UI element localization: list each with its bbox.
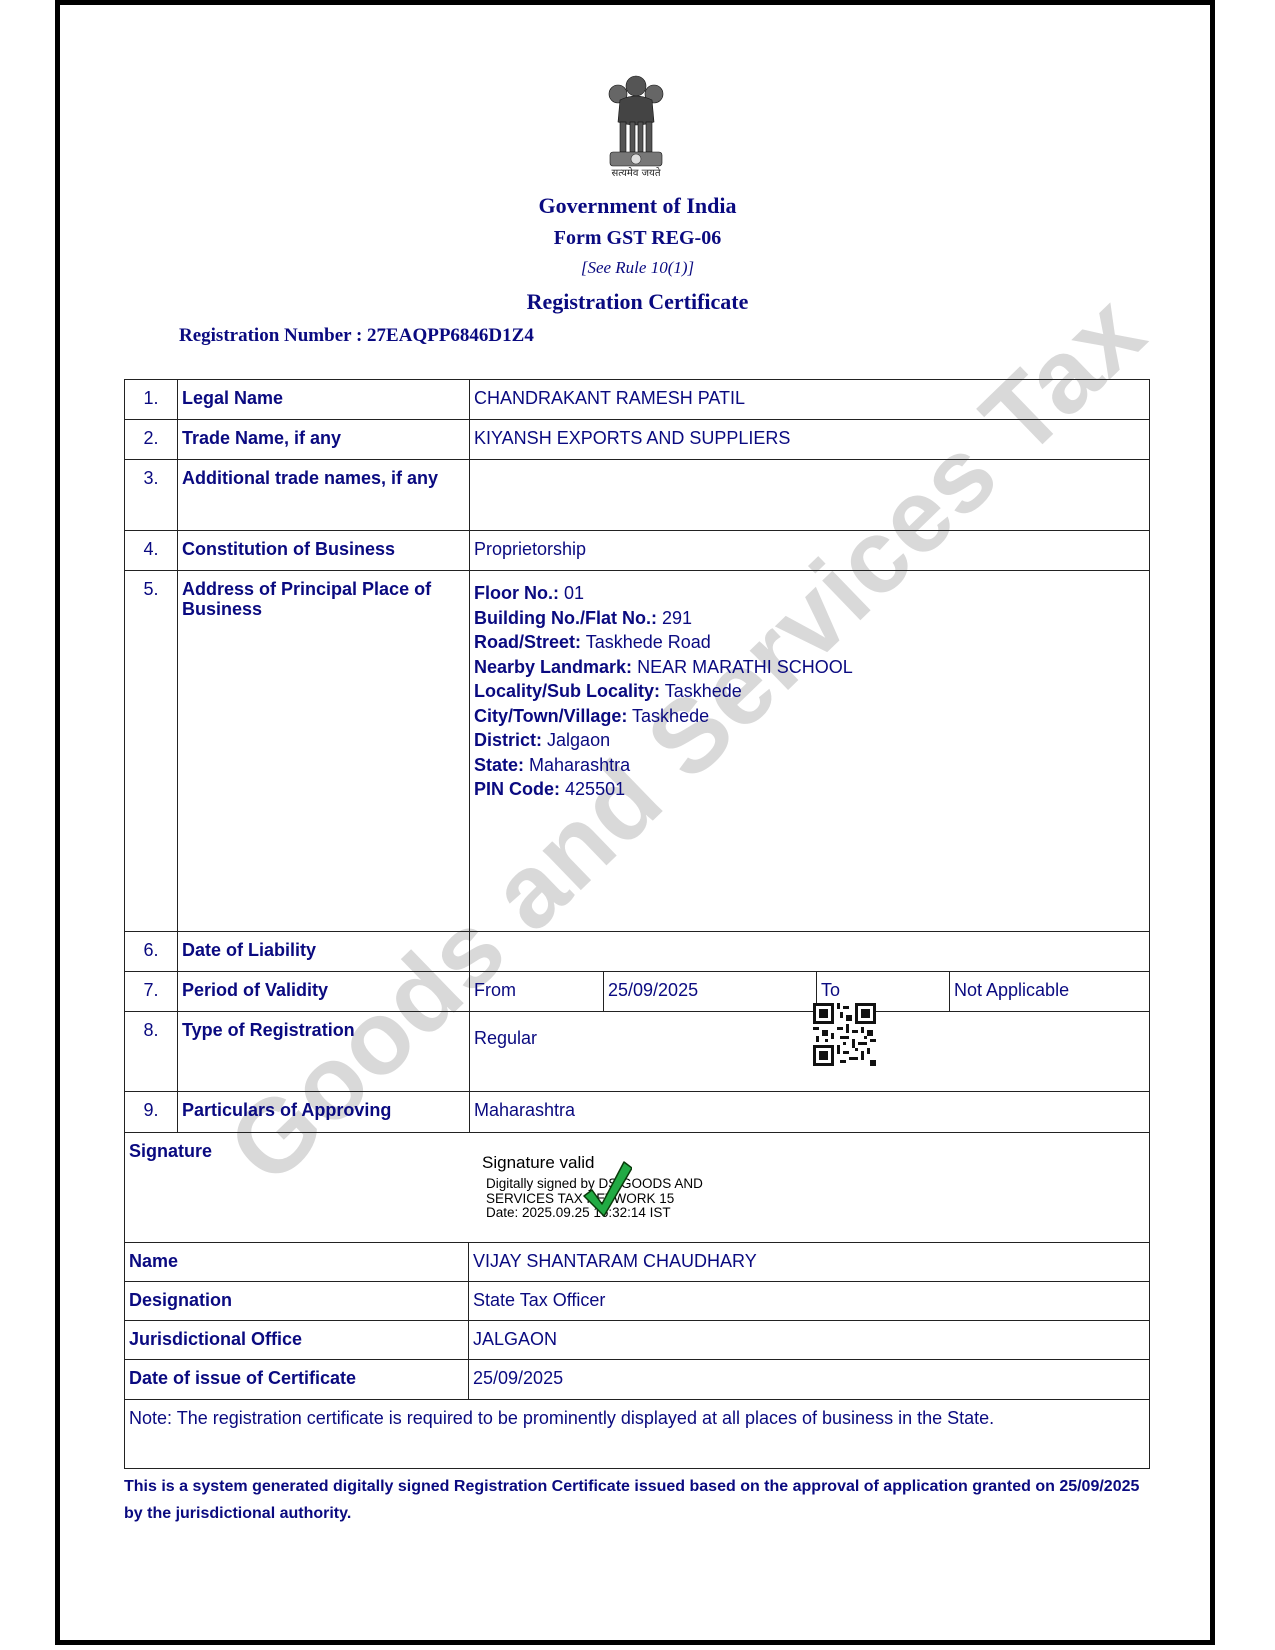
address-line: PIN Code: 425501 xyxy=(474,777,1145,802)
address-line: Nearby Landmark: NEAR MARATHI SCHOOL xyxy=(474,655,1145,680)
qr-code-icon xyxy=(813,1003,876,1066)
issue-date-value: 25/09/2025 xyxy=(469,1360,1150,1400)
address-key: Locality/Sub Locality: xyxy=(474,681,660,701)
form-number: Form GST REG-06 xyxy=(0,227,1275,250)
row-label: Legal Name xyxy=(178,380,470,420)
address-key: Road/Street: xyxy=(474,632,581,652)
address-value-text: Jalgaon xyxy=(547,730,610,750)
validity-from-label: From xyxy=(470,972,604,1012)
jurisdictional-office-label: Jurisdictional Office xyxy=(125,1321,469,1360)
address-key: Nearby Landmark: xyxy=(474,657,632,677)
address-value-text: Maharashtra xyxy=(529,755,630,775)
table-row: Date of issue of Certificate 25/09/2025 xyxy=(125,1360,1150,1400)
row-label: Trade Name, if any xyxy=(178,420,470,460)
table-row: 1. Legal Name CHANDRAKANT RAMESH PATIL xyxy=(125,380,1150,420)
row-number: 3. xyxy=(125,460,178,531)
address-value-text: Taskhede xyxy=(632,706,709,726)
address-key: Building No./Flat No.: xyxy=(474,608,657,628)
address-key: City/Town/Village: xyxy=(474,706,627,726)
checkmark-icon xyxy=(582,1158,632,1218)
address-line: Building No./Flat No.: 291 xyxy=(474,606,1145,631)
page-title: Registration Certificate xyxy=(0,289,1275,315)
address-value-text: 425501 xyxy=(565,779,625,799)
row-number: 9. xyxy=(125,1092,178,1133)
address-key: PIN Code: xyxy=(474,779,560,799)
address-line: Floor No.: 01 xyxy=(474,581,1145,606)
row-label: Type of Registration xyxy=(178,1012,470,1092)
row-label: Particulars of Approving xyxy=(178,1092,470,1133)
date-of-liability-value xyxy=(470,932,1150,972)
additional-trade-names-value xyxy=(470,460,1150,531)
row-number: 6. xyxy=(125,932,178,972)
registration-number-label: Registration Number : xyxy=(179,325,362,346)
row-number: 1. xyxy=(125,380,178,420)
national-emblem-icon xyxy=(600,70,672,180)
constitution-value: Proprietorship xyxy=(470,531,1150,571)
table-row: 6. Date of Liability xyxy=(125,932,1150,972)
table-row: Designation State Tax Officer xyxy=(125,1282,1150,1321)
address-value: Floor No.: 01 Building No./Flat No.: 291… xyxy=(470,571,1150,932)
address-key: State: xyxy=(474,755,524,775)
trade-name-value: KIYANSH EXPORTS AND SUPPLIERS xyxy=(470,420,1150,460)
row-label: Period of Validity xyxy=(178,972,470,1012)
address-value-text: NEAR MARATHI SCHOOL xyxy=(637,657,853,677)
designation-label: Designation xyxy=(125,1282,469,1321)
issue-date-label: Date of issue of Certificate xyxy=(125,1360,469,1400)
table-row: 3. Additional trade names, if any xyxy=(125,460,1150,531)
note-row: Note: The registration certificate is re… xyxy=(125,1400,1150,1469)
row-number: 8. xyxy=(125,1012,178,1092)
address-value-text: Taskhede Road xyxy=(586,632,711,652)
validity-to-date: Not Applicable xyxy=(950,972,1150,1012)
table-row: 9. Particulars of Approving Maharashtra xyxy=(125,1092,1150,1133)
approving-authority-value: Maharashtra xyxy=(470,1092,1150,1133)
row-number: 4. xyxy=(125,531,178,571)
row-number: 5. xyxy=(125,571,178,932)
address-line: City/Town/Village: Taskhede xyxy=(474,704,1145,729)
validity-from-date: 25/09/2025 xyxy=(604,972,817,1012)
address-line: Locality/Sub Locality: Taskhede xyxy=(474,679,1145,704)
table-row: 4. Constitution of Business Proprietorsh… xyxy=(125,531,1150,571)
designation-value: State Tax Officer xyxy=(469,1282,1150,1321)
address-line: District: Jalgaon xyxy=(474,728,1145,753)
registration-number-value: 27EAQPP6846D1Z4 xyxy=(367,325,534,346)
table-row: 5. Address of Principal Place of Busines… xyxy=(125,571,1150,932)
row-label: Additional trade names, if any xyxy=(178,460,470,531)
row-number: 7. xyxy=(125,972,178,1012)
table-row: Jurisdictional Office JALGAON xyxy=(125,1321,1150,1360)
address-key: District: xyxy=(474,730,542,750)
row-label: Date of Liability xyxy=(178,932,470,972)
table-row: 2. Trade Name, if any KIYANSH EXPORTS AN… xyxy=(125,420,1150,460)
address-key: Floor No.: xyxy=(474,583,559,603)
display-note: Note: The registration certificate is re… xyxy=(125,1400,1150,1469)
table-row: Name VIJAY SHANTARAM CHAUDHARY xyxy=(125,1243,1150,1282)
table-row: 7. Period of Validity From 25/09/2025 To… xyxy=(125,972,1150,1012)
row-number: 2. xyxy=(125,420,178,460)
row-label: Constitution of Business xyxy=(178,531,470,571)
table-row: 8. Type of Registration Regular xyxy=(125,1012,1150,1092)
address-line: Road/Street: Taskhede Road xyxy=(474,630,1145,655)
jurisdictional-office-value: JALGAON xyxy=(469,1321,1150,1360)
registration-details-table: 1. Legal Name CHANDRAKANT RAMESH PATIL 2… xyxy=(124,379,1150,1133)
address-value-text: Taskhede xyxy=(665,681,742,701)
rule-reference: [See Rule 10(1)] xyxy=(0,258,1275,278)
row-label: Address of Principal Place of Business xyxy=(178,571,470,932)
address-value-text: 01 xyxy=(564,583,584,603)
legal-name-value: CHANDRAKANT RAMESH PATIL xyxy=(470,380,1150,420)
officer-name-value: VIJAY SHANTARAM CHAUDHARY xyxy=(469,1243,1150,1282)
address-value-text: 291 xyxy=(662,608,692,628)
officer-name-label: Name xyxy=(125,1243,469,1282)
government-heading: Government of India xyxy=(0,193,1275,219)
registration-type-value: Regular xyxy=(470,1012,1150,1092)
emblem-motto: सत्यमेव जयते xyxy=(598,165,674,179)
address-line: State: Maharashtra xyxy=(474,753,1145,778)
system-generated-footer: This is a system generated digitally sig… xyxy=(124,1473,1154,1527)
registration-number: Registration Number : 27EAQPP6846D1Z4 xyxy=(179,325,534,347)
